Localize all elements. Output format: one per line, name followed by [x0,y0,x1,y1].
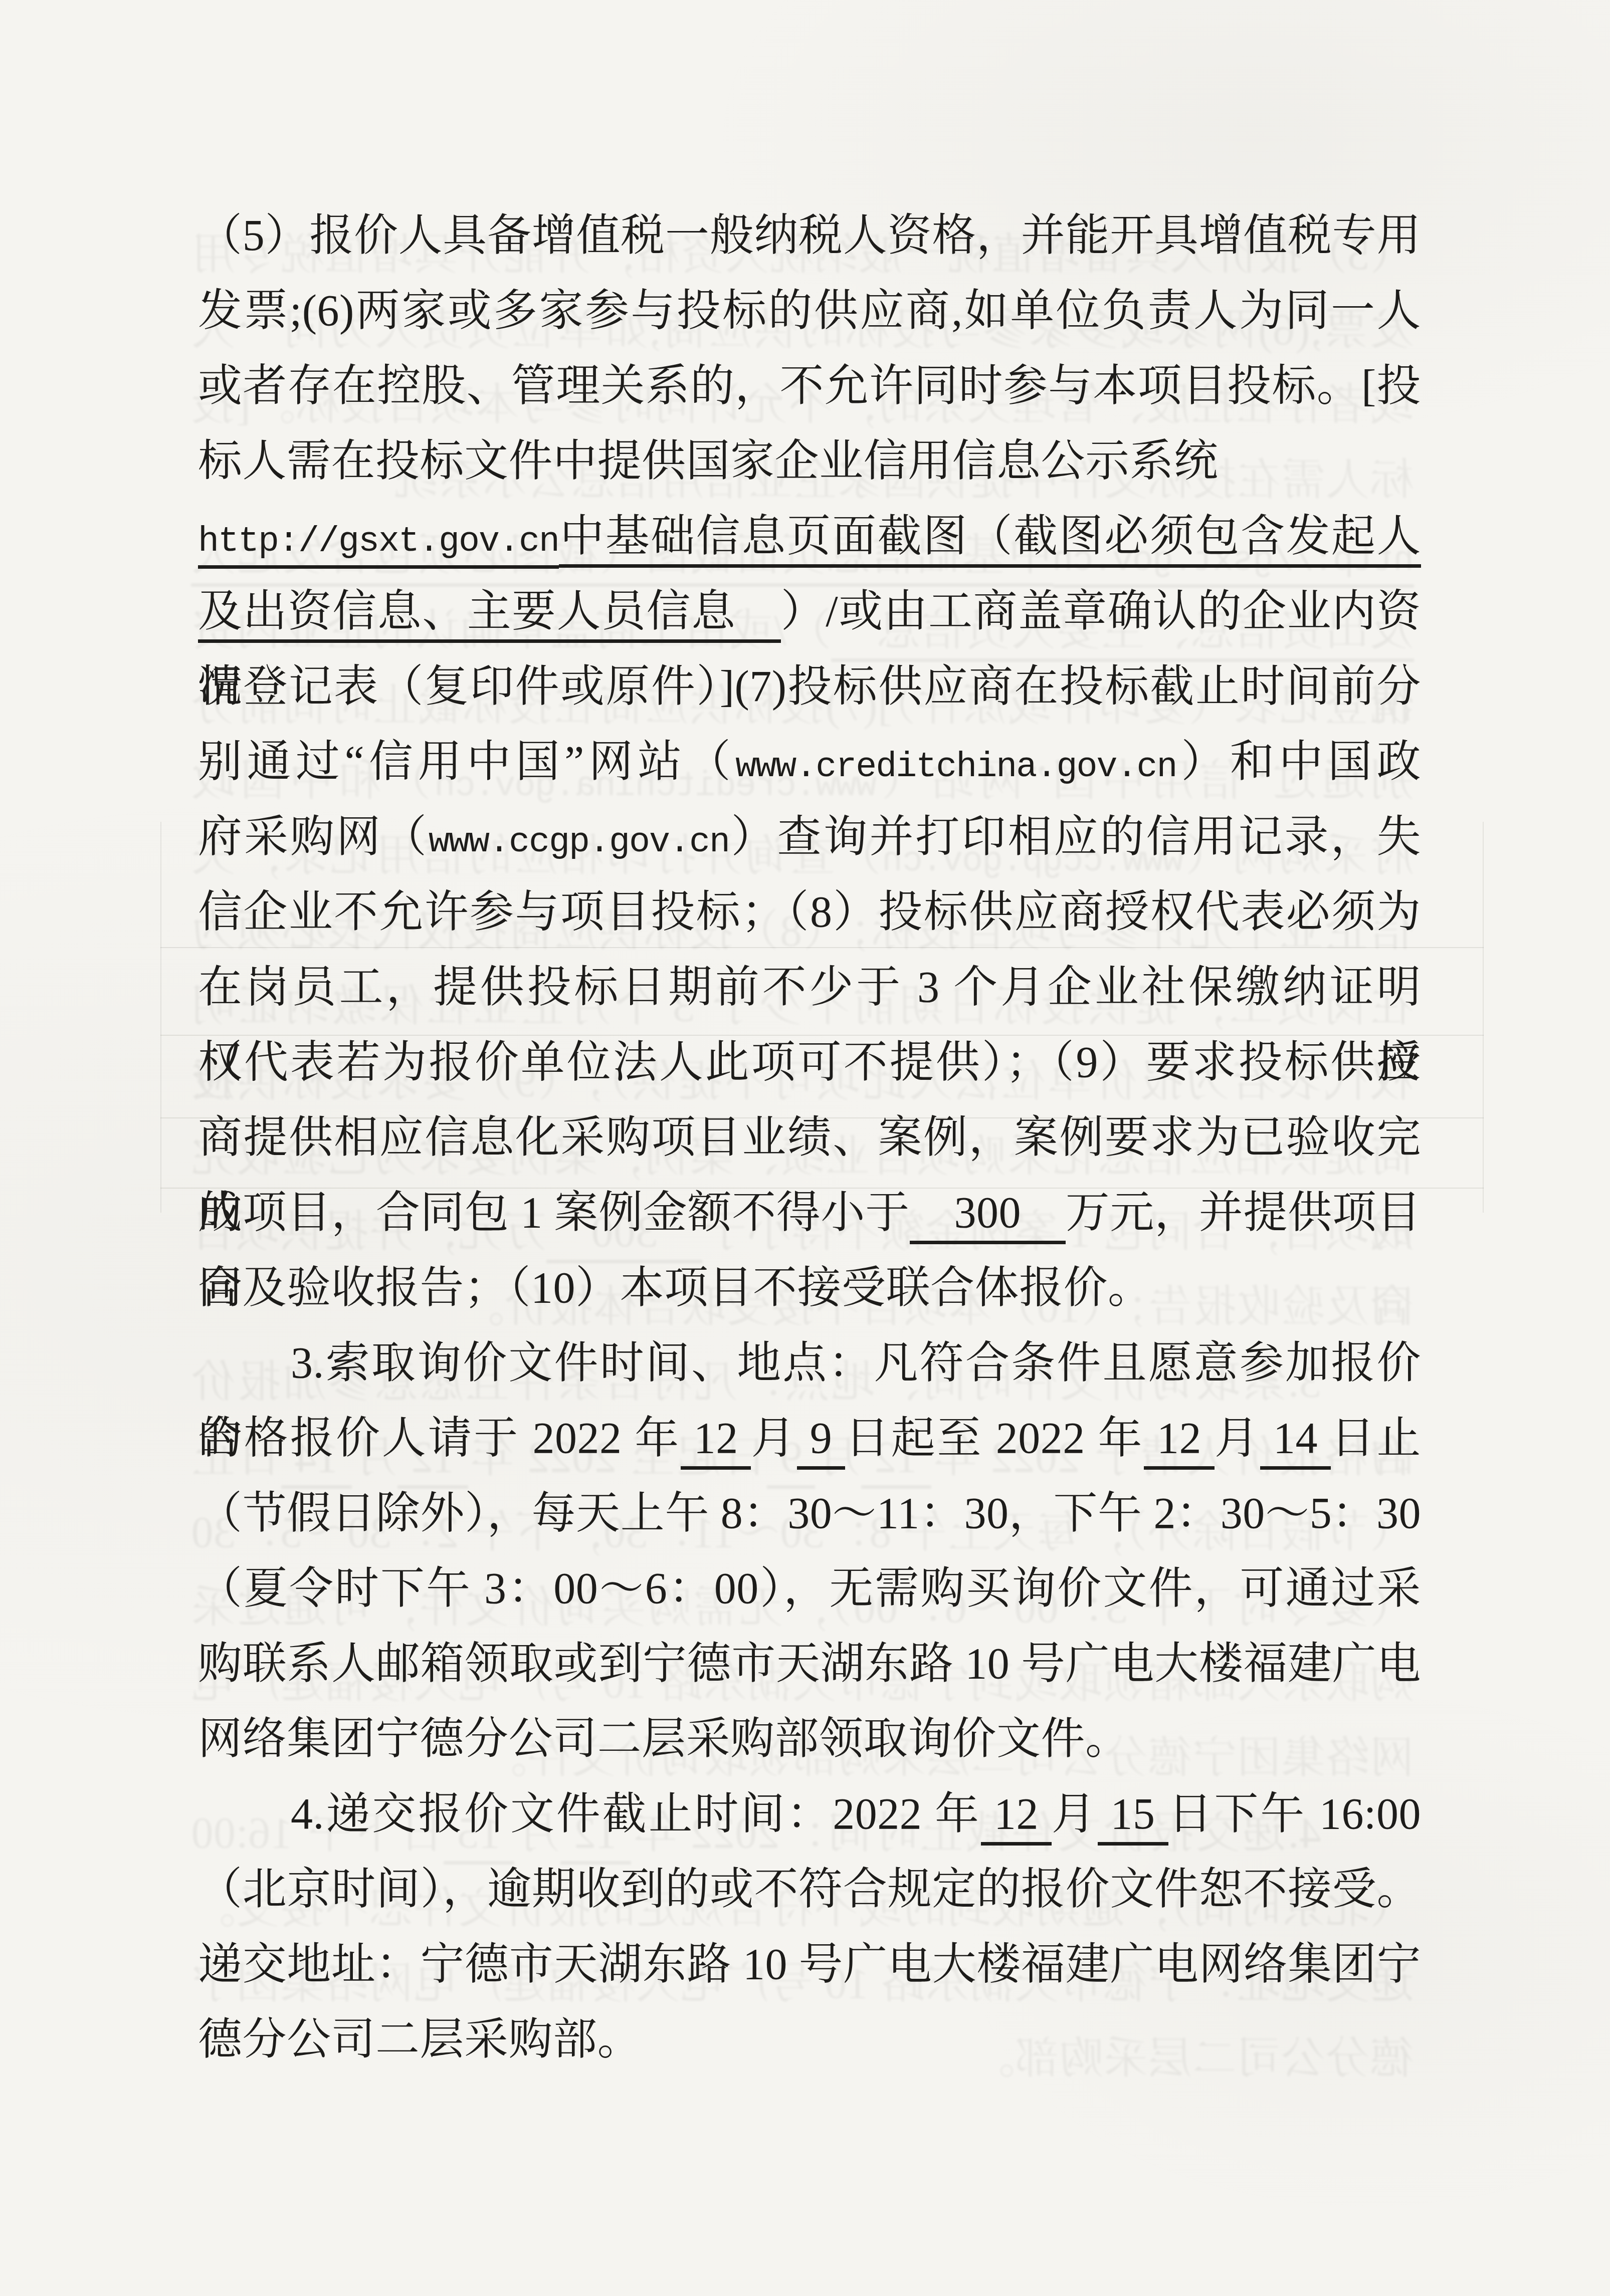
text-segment: 月 [1215,1414,1261,1463]
text-line-23: （北京时间），逾期收到的或不符合规定的报价文件恕不接受。 [198,1852,1421,1927]
text-line-21: 网络集团宁德分公司二层采购部领取询价文件。 [198,1702,1421,1777]
text-segment: 权代表若为报价单位法人此项可不提供）；（9）要求投标供应 [198,1038,1421,1087]
text-line-12: 权代表若为报价单位法人此项可不提供）；（9）要求投标供应 [198,1025,1421,1100]
text-segment: （北京时间），逾期收到的或不符合规定的报价文件恕不接受。 [198,1865,1421,1914]
text-segment: 日下午 16:00 [1168,1790,1422,1839]
underlined-blank: 9 [797,1414,845,1470]
text-segment: 网络集团宁德分公司二层采购部领取询价文件。 [198,1715,1130,1763]
text-segment: ）查询并打印相应的信用记录，失 [729,813,1421,861]
text-segment: （5）报价人具备增值税一般纳税人资格，并能开具增值税专用 [198,211,1421,260]
text-line-11: 在岗员工，提供投标日期前不少于 3 个月企业社保缴纳证明（授 [198,950,1421,1025]
underlined-blank: 及出资信息、主要人员信息 [198,587,781,643]
underlined-blank: 15 [1098,1790,1168,1846]
bleedthrough-table-line [1483,822,1484,1213]
text-line-9: 府采购网（www.ccgp.gov.cn）查询并打印相应的信用记录，失 [198,800,1421,875]
text-segment: 4.递交报价文件截止时间：2022 年 [291,1790,981,1839]
text-line-5: http://gsxt.gov.cn中基础信息页面截图（截图必须包含发起人 [198,499,1421,574]
text-line-20: 购联系人邮箱领取或到宁德市天湖东路 10 号广电大楼福建广电 [198,1627,1421,1702]
text-line-4: 标人需在投标文件中提供国家企业信用信息公示系统 [198,424,1421,499]
text-line-17: 合格报价人请于 2022 年 12 月 9 日起至 2022 年 12 月 14… [198,1401,1421,1476]
text-segment: 递交地址：宁德市天湖东路 10 号广电大楼福建广电网络集团宁 [198,1940,1421,1989]
text-line-2: 发票;(6)两家或多家参与投标的供应商,如单位负责人为同一人 [198,274,1421,349]
underlined-blank: http://gsxt.gov.cn [198,522,559,569]
text-segment: 府采购网（ [198,813,429,861]
text-segment: 日止 [1331,1414,1421,1463]
underlined-blank: 中基础信息页面截图（截图必须包含发起人 [559,512,1421,568]
bleedthrough-table-line [160,822,161,1213]
text-line-24: 递交地址：宁德市天湖东路 10 号广电大楼福建广电网络集团宁 [198,1927,1421,2002]
underlined-blank: 12 [981,1790,1052,1846]
text-line-10: 信企业不允许参与项目投标；（8）投标供应商授权代表必须为 [198,875,1421,950]
text-segment: 月 [1052,1790,1098,1839]
text-line-7: 况登记表（复印件或原件）](7)投标供应商在投标截止时间前分 [198,649,1421,725]
text-segment: 德分公司二层采购部。 [198,2015,642,2064]
underlined-blank: 14 [1260,1414,1330,1470]
url-text: www.creditchina.gov.cn [735,748,1176,787]
text-segment: 信企业不允许参与项目投标；（8）投标供应商授权代表必须为 [198,888,1421,937]
text-line-18: （节假日除外），每天上午 8：30～11：30，下午 2：30～5：30 [198,1476,1421,1551]
text-line-15: 同及验收报告；（10）本项目不接受联合体报价。 [198,1251,1421,1326]
document-body: （5）报价人具备增值税一般纳税人资格，并能开具增值税专用发票;(6)两家或多家参… [198,198,1421,2078]
text-segment: 标人需在投标文件中提供国家企业信用信息公示系统 [198,437,1219,486]
url-text: www.ccgp.gov.cn [429,823,729,862]
text-segment: 日起至 2022 年 [845,1414,1144,1463]
text-segment: （夏令时下午 3：00～6：00），无需购买询价文件，可通过采 [198,1564,1421,1613]
text-segment: 别通过“信用中国”网站（ [198,738,735,786]
underlined-blank: 300 [910,1189,1066,1244]
text-line-16: 3.索取询价文件时间、地点：凡符合条件且愿意参加报价的 [198,1326,1421,1401]
scanned-page: （5）报价人具备增值税一般纳税人资格，并能开具增值税专用发票;(6)两家或多家参… [0,0,1610,2296]
text-segment: 购联系人邮箱领取或到宁德市天湖东路 10 号广电大楼福建广电 [198,1640,1421,1688]
text-segment: 或者存在控股、管理关系的，不允许同时参与本项目投标。[投 [198,362,1421,410]
text-segment: 月 [751,1414,797,1463]
text-segment: 发票;(6)两家或多家参与投标的供应商,如单位负责人为同一人 [198,287,1421,335]
text-segment: 况登记表（复印件或原件）](7)投标供应商在投标截止时间前分 [198,662,1421,711]
text-segment: 的项目，合同包 1 案例金额不得小于 [198,1189,910,1237]
text-line-22: 4.递交报价文件截止时间：2022 年 12 月 15 日下午 16:00 [198,1777,1421,1852]
text-line-3: 或者存在控股、管理关系的，不允许同时参与本项目投标。[投 [198,349,1421,424]
text-line-1: （5）报价人具备增值税一般纳税人资格，并能开具增值税专用 [198,198,1421,274]
underlined-blank: 12 [681,1414,751,1470]
text-line-8: 别通过“信用中国”网站（www.creditchina.gov.cn）和中国政 [198,725,1421,800]
text-line-13: 商提供相应信息化采购项目业绩、案例，案例要求为已验收完成 [198,1100,1421,1176]
text-segment: 同及验收报告；（10）本项目不接受联合体报价。 [198,1264,1152,1312]
text-segment: 合格报价人请于 2022 年 [198,1414,681,1463]
text-segment: （节假日除外），每天上午 8：30～11：30，下午 2：30～5：30 [198,1489,1421,1538]
text-line-14: 的项目，合同包 1 案例金额不得小于 300 万元，并提供项目合 [198,1176,1421,1251]
text-line-6: 及出资信息、主要人员信息 ）/或由工商盖章确认的企业内资情 [198,574,1421,649]
text-line-19: （夏令时下午 3：00～6：00），无需购买询价文件，可通过采 [198,1551,1421,1627]
text-segment: ）和中国政 [1176,738,1421,786]
underlined-blank: 12 [1144,1414,1214,1470]
text-line-25: 德分公司二层采购部。 [198,2002,1421,2078]
